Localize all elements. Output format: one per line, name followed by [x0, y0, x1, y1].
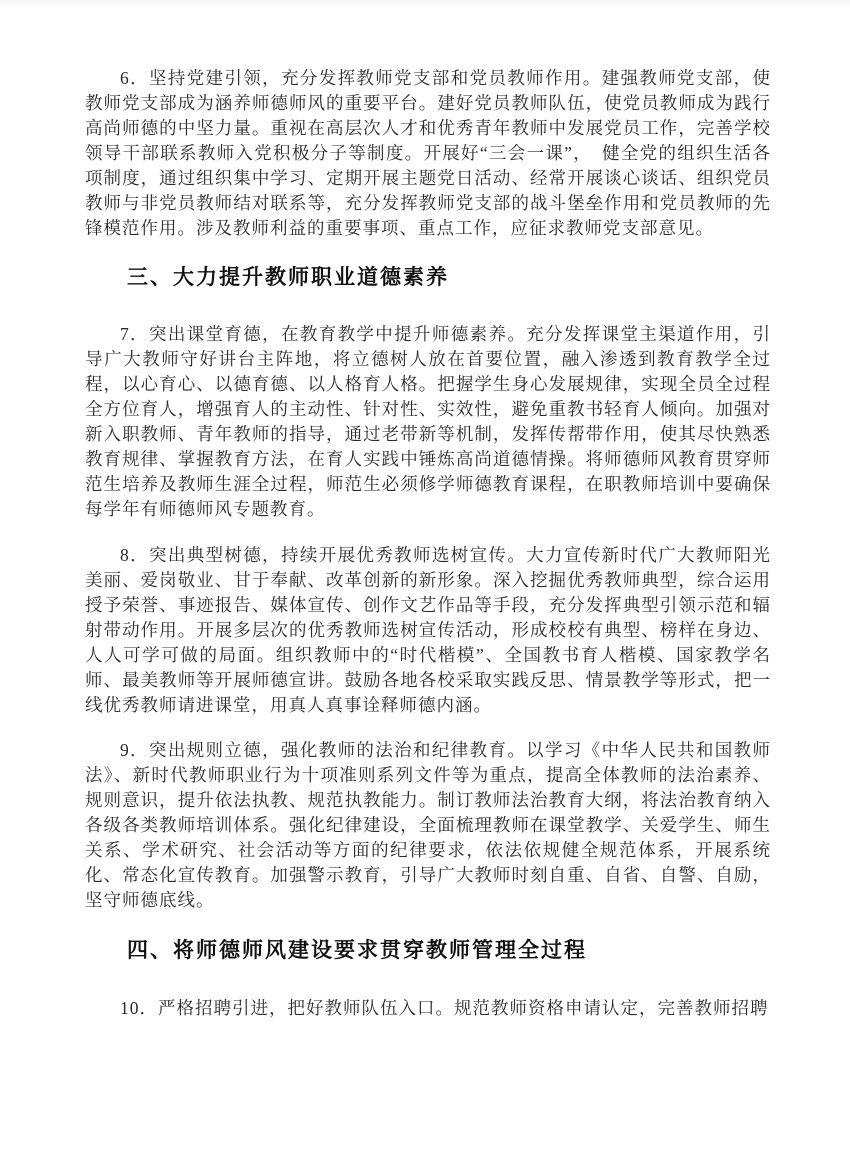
paragraph-item-9: 9．突出规则立德，强化教师的法治和纪律教育。以学习《中华人民共和国教师法》、新时… — [85, 738, 771, 913]
paragraph-item-10: 10．严格招聘引进，把好教师队伍入口。规范教师资格申请认定，完善教师招聘 — [85, 996, 771, 1021]
paragraph-item-7: 7．突出课堂育德，在教育教学中提升师德素养。充分发挥课堂主渠道作用，引导广大教师… — [85, 322, 771, 522]
paragraph-item-6: 6．坚持党建引领，充分发挥教师党支部和党员教师作用。建强教师党支部，使教师党支部… — [85, 66, 771, 241]
document-page: 6．坚持党建引领，充分发挥教师党支部和党员教师作用。建强教师党支部，使教师党支部… — [0, 0, 850, 1161]
section-heading-4: 四、将师德师风建设要求贯穿教师管理全过程 — [85, 936, 771, 966]
section-heading-3: 三、大力提升教师职业道德素养 — [85, 263, 771, 293]
paragraph-item-8: 8．突出典型树德，持续开展优秀教师选树宣传。大力宣传新时代广大教师阳光美丽、爱岗… — [85, 543, 771, 718]
